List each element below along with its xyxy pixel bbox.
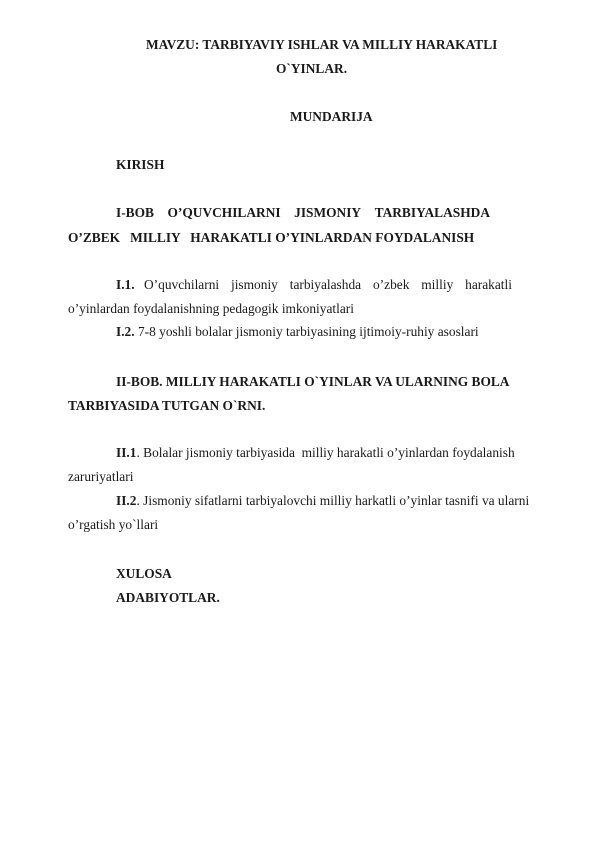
toc-chapter-2-line-2: TARBIYASIDA TUTGAN O`RNI.	[68, 398, 265, 414]
toc-chapter-1-line-1: I-BOB O’QUVCHILARNI JISMONIY TARBIYALASH…	[116, 205, 490, 221]
toc-section-1-1-words: O’quvchilarni jismoniy tarbiyalashda o’z…	[144, 277, 512, 293]
document-title-line-2: O`YINLAR.	[276, 61, 347, 77]
toc-section-1-1-line-1: I.1.	[116, 277, 135, 293]
toc-section-1-1-line-2: o’yinlardan foydalanishning pedagogik im…	[68, 301, 354, 317]
toc-chapter-1-line-2: O’ZBEK MILLIY HARAKATLI O’YINLARDAN FOYD…	[68, 230, 474, 246]
section-number: II.1	[116, 445, 136, 460]
chapter-1-word: I-BOB	[116, 205, 154, 221]
toc-section-1-2: I.2. 7-8 yoshli bolalar jismoniy tarbiya…	[116, 324, 479, 340]
toc-chapter-2-line-1: II-BOB. MILLIY HARAKATLI O`YINLAR VA ULA…	[116, 374, 509, 390]
toc-section-2-1-line-2: zaruriyatlari	[68, 469, 133, 485]
contents-heading: MUNDARIJA	[290, 109, 373, 125]
section-word: tarbiyalashda	[290, 277, 361, 293]
section-number: I.2.	[116, 324, 135, 339]
chapter-1-word: TARBIYALASHDA	[375, 205, 490, 221]
section-word: O’quvchilarni	[144, 277, 219, 293]
toc-section-2-1-line-1: II.1. Bolalar jismoniy tarbiyasida milli…	[116, 445, 515, 461]
section-title: 7-8 yoshli bolalar jismoniy tarbiyasinin…	[135, 324, 479, 339]
toc-entry-intro: KIRISH	[116, 157, 164, 173]
toc-entry-references: ADABIYOTLAR.	[116, 590, 220, 606]
section-word: jismoniy	[231, 277, 278, 293]
toc-section-2-2-line-1: II.2. Jismoniy sifatlarni tarbiyalovchi …	[116, 493, 529, 509]
section-word: o’zbek	[373, 277, 409, 293]
document-title-line-1: MAVZU: TARBIYAVIY ISHLAR VA MILLIY HARAK…	[146, 37, 497, 53]
section-number: I.1.	[116, 277, 135, 292]
section-title: . Jismoniy sifatlarni tarbiyalovchi mill…	[136, 493, 529, 508]
section-word: milliy	[421, 277, 453, 293]
chapter-1-word: JISMONIY	[294, 205, 361, 221]
toc-entry-conclusion: XULOSA	[116, 566, 172, 582]
section-number: II.2	[116, 493, 136, 508]
chapter-1-word: O’QUVCHILARNI	[168, 205, 281, 221]
section-word: harakatli	[465, 277, 512, 293]
section-title: . Bolalar jismoniy tarbiyasida milliy ha…	[136, 445, 514, 460]
toc-section-2-2-line-2: o’rgatish yo`llari	[68, 517, 158, 533]
